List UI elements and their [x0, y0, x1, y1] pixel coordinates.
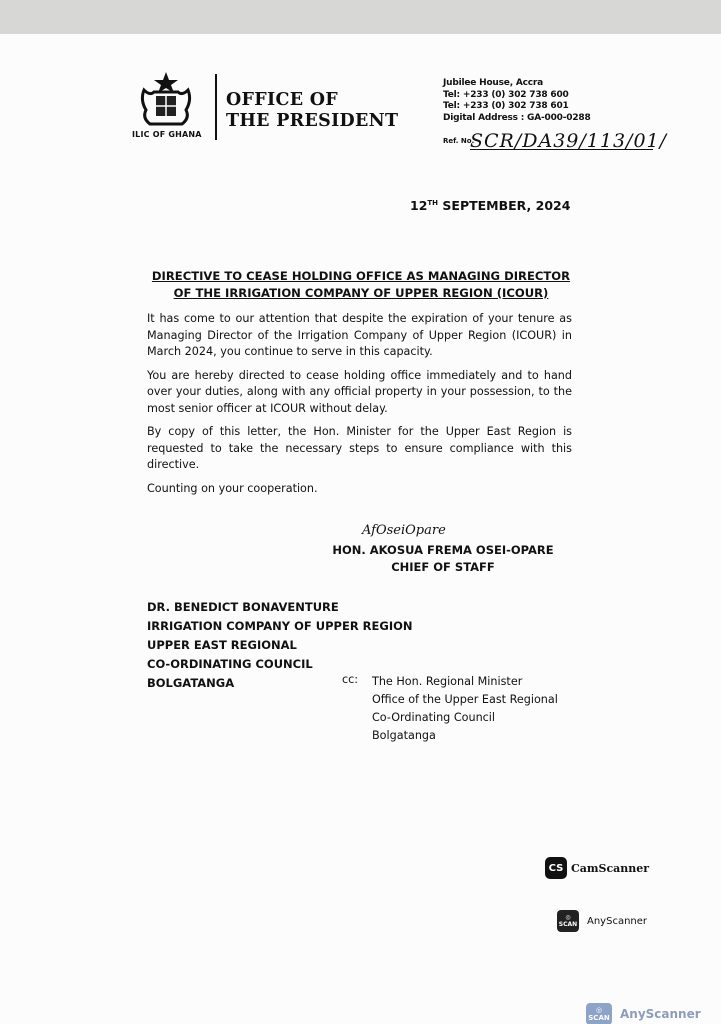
anyscanner-watermark: ◎ SCAN AnyScanner	[557, 910, 647, 932]
camscanner-logo-icon: CS	[545, 857, 567, 879]
contact-tel-1: Tel: +233 (0) 302 738 600	[443, 90, 591, 102]
letter-date: 12TH SEPTEMBER, 2024	[410, 198, 570, 213]
ghana-coat-of-arms-icon	[138, 70, 194, 128]
cc-recipient-block: The Hon. Regional Minister Office of the…	[372, 673, 558, 745]
closing-line: Counting on your cooperation.	[147, 481, 572, 498]
contact-address: Jubilee House, Accra	[443, 78, 591, 90]
anyscanner-logo-icon: ◎ SCAN	[586, 1003, 612, 1024]
signatory-title: CHIEF OF STAFF	[312, 559, 574, 576]
body-paragraph: It has come to our attention that despit…	[147, 311, 572, 361]
signatory-block: HON. AKOSUA FREMA OSEI-OPARE CHIEF OF ST…	[312, 542, 574, 576]
anyscanner-logo-icon: ◎ SCAN	[557, 910, 579, 932]
body-paragraph: By copy of this letter, the Hon. Ministe…	[147, 424, 572, 474]
contact-digital-address: Digital Address : GA-000-0288	[443, 113, 591, 125]
crest-caption: ILIC OF GHANA	[132, 130, 202, 139]
letter-body: It has come to our attention that despit…	[147, 311, 572, 504]
signatory-name: HON. AKOSUA FREMA OSEI-OPARE	[312, 542, 574, 559]
contact-block: Jubilee House, Accra Tel: +233 (0) 302 7…	[443, 78, 591, 124]
contact-tel-2: Tel: +233 (0) 302 738 601	[443, 101, 591, 113]
anyscanner-watermark-footer: ◎ SCAN AnyScanner	[586, 1003, 701, 1024]
office-title: OFFICE OF THE PRESIDENT	[226, 90, 398, 132]
subject-heading: DIRECTIVE TO CEASE HOLDING OFFICE AS MAN…	[144, 268, 578, 302]
ref-number-handwritten: SCR/DA39/113/01/	[470, 130, 667, 152]
cc-label: cc:	[342, 673, 358, 686]
camscanner-watermark: CS CamScanner	[545, 857, 649, 879]
top-gray-band	[0, 0, 721, 34]
body-paragraph: You are hereby directed to cease holding…	[147, 368, 572, 418]
letterhead-divider	[215, 74, 217, 140]
handwritten-signature: AfOseiOpare	[362, 523, 446, 538]
